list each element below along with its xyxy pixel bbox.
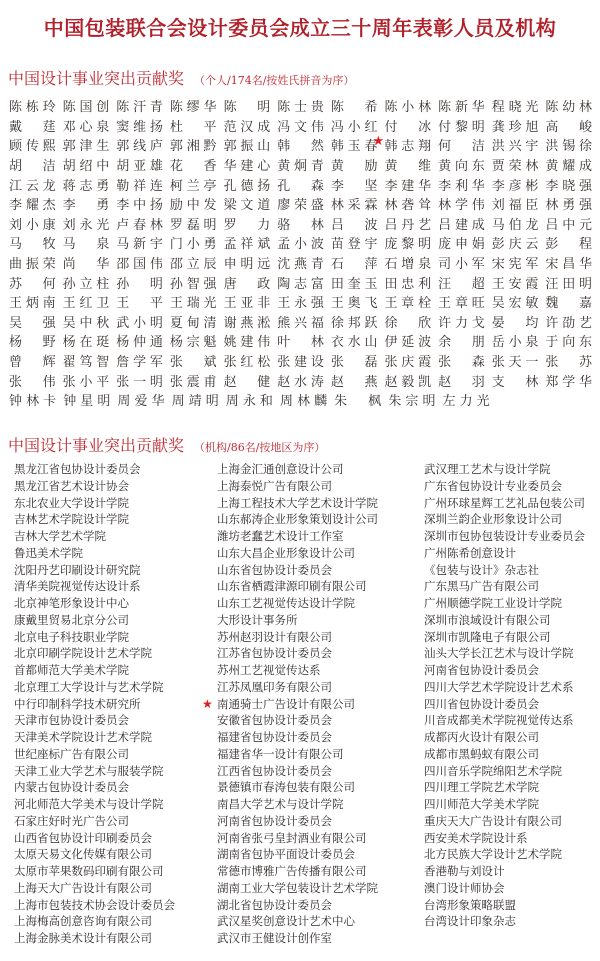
honoree-name: 马泉 — [63, 233, 117, 252]
institution-item: 河北师范大学美术与设计学院 — [14, 796, 175, 813]
honoree-name: 赵羽 — [438, 371, 492, 390]
institution-item: 安徽省包协设计委员会 — [217, 712, 378, 729]
institution-item: 康戴里贸易北京分公司 — [14, 612, 175, 629]
institutions-column-2: 上海金汇通创意设计公司上海泰悦广告有限公司上海工程技术大学艺术设计学院山东郝涛企… — [217, 461, 378, 947]
honoree-name: 衣水山 — [331, 331, 385, 350]
honoree-name: 陈栋玲 — [9, 96, 63, 115]
honoree-name: 张建设 — [277, 351, 331, 370]
honoree-name: 冯小红 — [331, 116, 385, 135]
honoree-name: 赵燕 — [331, 371, 385, 390]
institution-item: 常德市博雅广告传播有限公司 — [217, 863, 378, 880]
institution-item: 江苏凤凰印务有限公司 — [217, 679, 378, 696]
honoree-name: 洪锡徐 — [545, 135, 599, 154]
honoree-name: 张红松 — [224, 351, 278, 370]
institution-item: 武汉星奖创意设计艺术中心 — [217, 913, 378, 930]
honoree-name: 冯文伟 — [277, 116, 331, 135]
name-row: 王炳南王红卫王平王瑞光王亚非王永强王奥飞王章栓王章旺吴宏敏魏嘉 — [9, 292, 599, 312]
institution-item: 广州顺德学院工业设计学院 — [424, 595, 585, 612]
institution-item: 广东黑马广告有限公司 — [424, 578, 585, 595]
honoree-name: 吕波 — [331, 214, 385, 233]
institution-item: 鲁迅美术学院 — [14, 545, 175, 562]
name-row: 胡洁胡绍中胡亚雄花香华建心黄炯青黄励黄维黄向东贾荣林黄耀成 — [9, 155, 599, 175]
honoree-name: 王章栓 — [384, 292, 438, 311]
institution-item: 重庆天大广告设计有限公司 — [424, 813, 585, 830]
honoree-name: 李利华 — [438, 175, 492, 194]
honoree-name: 励中发 — [170, 194, 224, 213]
honoree-name: 程晓光 — [492, 96, 546, 115]
honoree-name: 刘永光 — [63, 214, 117, 233]
institution-item: 苏州工艺视觉传达系 — [217, 662, 378, 679]
honoree-name: 于向东 — [545, 331, 599, 350]
institution-item: 山东省包协设计委员会 — [217, 562, 378, 579]
honoree-name: 黄向东 — [438, 155, 492, 174]
honoree-name: 邵立辰 — [170, 253, 224, 272]
honoree-name: 徐欣 — [384, 312, 438, 331]
honoree-name: 黄励 — [331, 155, 385, 174]
honoree-name: 吕丹艺 — [384, 214, 438, 233]
institution-item: 深圳市包协包装设计专业委员会 — [424, 528, 585, 545]
honoree-name: 余朋 — [438, 331, 492, 350]
honoree-name: 付冰 — [384, 116, 438, 135]
honoree-name: 彭程 — [545, 233, 599, 252]
institutions-column-3: 武汉理工艺术与设计学院广东省包协设计专业委员会广州环球星辉工艺礼品包装公司深圳兰… — [424, 461, 585, 930]
institution-item: 山东郝涛企业形象策划设计公司 — [217, 511, 378, 528]
honoree-name: 苗登宇 — [331, 233, 385, 252]
institution-item: 石家庄好时光广告公司 — [14, 813, 175, 830]
honoree-name: 许力戈 — [438, 312, 492, 331]
honoree-name: 陈缪华 — [170, 96, 224, 115]
honoree-name: 王炳南 — [9, 292, 63, 311]
institution-item: 湖北省包协设计委员会 — [217, 897, 378, 914]
honoree-name: 杨宗魁 — [170, 331, 224, 350]
honoree-name: 马伯龙 — [492, 214, 546, 233]
honoree-name: 夏甸清 — [170, 312, 224, 331]
honoree-name: 韩然 — [277, 135, 331, 154]
institution-item: 北方民族大学设计艺术学院 — [424, 846, 585, 863]
honoree-name: 花香 — [170, 155, 224, 174]
individuals-heading-text: 中国设计事业突出贡献奖 — [8, 69, 184, 88]
institution-item: 澳门设计师协会 — [424, 880, 585, 897]
honoree-name: 詹学军 — [116, 351, 170, 370]
institution-item: 成都市黑蚂蚁有限公司 — [424, 746, 585, 763]
honoree-name: 庞黎明 — [384, 233, 438, 252]
honoree-name: 陈明 — [224, 96, 278, 115]
honoree-name: 黄维 — [384, 155, 438, 174]
institution-item: 苏州赵羽设计有限公司 — [217, 629, 378, 646]
honoree-name: 王红卫 — [63, 292, 117, 311]
honoree-name: 曾辉 — [9, 351, 63, 370]
honoree-name: 曲振荣 — [9, 253, 63, 272]
institution-item: 武汉理工艺术与设计学院 — [424, 461, 585, 478]
honoree-name: 张森 — [438, 351, 492, 370]
honoree-name: 孙智强 — [170, 273, 224, 292]
honoree-name: 蒋志勇 — [63, 175, 117, 194]
institution-item: 大形设计事务所 — [217, 612, 378, 629]
honoree-name: 陈士贵 — [277, 96, 331, 115]
individuals-name-grid: 陈栋玲陈国创陈汗青陈缪华陈明陈士贵陈希陈小林陈新华程晓光陈幼林戴莛邓心泉窦维扬杜… — [9, 96, 599, 410]
honoree-name: 何洁 — [438, 135, 492, 154]
institution-item: 上海金汇通创意设计公司 — [217, 461, 378, 478]
honoree-name: ★韩志翔 — [384, 135, 438, 154]
honoree-name: 左力光 — [443, 390, 497, 409]
honoree-name: 胡绍中 — [63, 155, 117, 174]
individuals-subheading: （个人/174名/按姓氏拼音为序） — [194, 74, 354, 87]
institution-item: 山东省栖霞津源印刷有限公司 — [217, 578, 378, 595]
honoree-name: 支林 — [492, 371, 546, 390]
name-row: 钟林卡钟星明周爱华周靖明周永和周林麟朱枫朱宗明左力光 — [9, 390, 599, 410]
honoree-name: 林砻耸 — [384, 194, 438, 213]
institution-item: 广东省包协设计专业委员会 — [424, 478, 585, 495]
star-icon: ★ — [372, 134, 384, 149]
institutions-subheading: （机构/86名/按地区为序） — [194, 441, 325, 454]
institution-item: 世纪座标广告有限公司 — [14, 746, 175, 763]
institution-item: 东北农业大学设计学院 — [14, 495, 175, 512]
honoree-name: 田奎玉 — [331, 273, 385, 292]
institution-item: 北京电子科技职业学院 — [14, 629, 175, 646]
honoree-name: 张苏 — [545, 351, 599, 370]
honoree-name: 石增泉 — [384, 253, 438, 272]
institution-item: 成都丙火设计有限公司 — [424, 729, 585, 746]
honoree-name: 郭振山 — [224, 135, 278, 154]
honoree-name: 孙立柱 — [63, 273, 117, 292]
honoree-name: 叶林 — [277, 331, 331, 350]
honoree-name: 苏何 — [9, 273, 63, 292]
honoree-name: 廖荣盛 — [277, 194, 331, 213]
institution-item: 山东工艺视觉传达设计学院 — [217, 595, 378, 612]
name-row: 马牧马泉马新宇门小勇孟祥斌孟小波苗登宇庞黎明庞申娟彭庆云彭程 — [9, 233, 599, 253]
institution-item: 深圳市浪域设计有限公司 — [424, 612, 585, 629]
institution-item: 四川音乐学院绵阳艺术学院 — [424, 763, 585, 780]
honoree-name: 岳小泉 — [492, 331, 546, 350]
honoree-name: 钟林卡 — [9, 390, 63, 409]
honoree-name: 马牧 — [9, 233, 63, 252]
honoree-name: 龚珍旭 — [492, 116, 546, 135]
institution-item: 上海泰悦广告有限公司 — [217, 478, 378, 495]
honoree-name: 田忠利 — [384, 273, 438, 292]
honoree-name: 李彦彬 — [492, 175, 546, 194]
honoree-name: 武小明 — [116, 312, 170, 331]
honoree-name: 张小平 — [63, 371, 117, 390]
honoree-name: 伊延波 — [384, 331, 438, 350]
honoree-name: 李晓强 — [545, 175, 599, 194]
institution-item: 上海工程技术大学艺术设计学院 — [217, 495, 378, 512]
honoree-name: 吴宏敏 — [492, 292, 546, 311]
honoree-name: 李耀杰 — [9, 194, 63, 213]
institution-item: 台湾形象策略联盟 — [424, 897, 585, 914]
honoree-name: 唐政 — [224, 273, 278, 292]
honoree-name: 姚建伟 — [224, 331, 278, 350]
honoree-name: 宋昌华 — [545, 253, 599, 272]
honoree-name: 熊兴福 — [277, 312, 331, 331]
institution-item: 汕头大学长江艺术与设计学院 — [424, 645, 585, 662]
institution-item: 河南省包协设计委员会 — [217, 813, 378, 830]
honoree-name: 卢春林 — [116, 214, 170, 233]
honoree-name: 张伟 — [9, 371, 63, 390]
institution-item: 香港勒与刘设计 — [424, 863, 585, 880]
honoree-name: 张斌 — [170, 351, 224, 370]
honoree-name: 杨仲通 — [116, 331, 170, 350]
honoree-name: 刘福臣 — [492, 194, 546, 213]
honoree-name: 王永强 — [277, 292, 331, 311]
honoree-name: 付黎明 — [438, 116, 492, 135]
honoree-name: 吕建成 — [438, 214, 492, 233]
honoree-name: 孟小波 — [277, 233, 331, 252]
institution-item: 广州环球星辉工艺礼品包装公司 — [424, 495, 585, 512]
honoree-name: 王章旺 — [438, 292, 492, 311]
name-row: 顾传熙郭津生郭线庐郭湘黔郭振山韩然韩玉春★韩志翔何洁洪兴宇洪锡徐 — [9, 135, 599, 155]
institution-item: 台湾设计印象杂志 — [424, 913, 585, 930]
honoree-name: 沈燕青 — [277, 253, 331, 272]
honoree-name: 郭线庐 — [116, 135, 170, 154]
name-row: 吴强吴中秋武小明夏甸清谢燕淞熊兴福徐邦跃徐欣许力戈晏均许劭艺 — [9, 312, 599, 332]
institution-item: 湖南工业大学包装设计艺术学院 — [217, 880, 378, 897]
institution-item: 四川省包协设计委员会 — [424, 696, 585, 713]
institution-item: 西安美术学院设计系 — [424, 830, 585, 847]
institution-item: ★南通骑士广告设计有限公司 — [217, 696, 378, 713]
honoree-name: 罗力 — [224, 214, 278, 233]
honoree-name: 郑学华 — [545, 371, 599, 390]
institution-item: 上海天大广告设计有限公司 — [14, 880, 175, 897]
institution-item: 天津市包协设计委员会 — [14, 712, 175, 729]
page-title: 中国包装联合会设计委员会成立三十周年表彰人员及机构 — [0, 12, 600, 41]
honoree-name: 庞申娟 — [438, 233, 492, 252]
honoree-name: 周永和 — [226, 390, 280, 409]
name-row: 江云龙蒋志勇勒祥连柯兰亭孔德扬孔森李坚李建华李利华李彦彬李晓强 — [9, 174, 599, 194]
institution-item: 天津工业大学艺术与服装学院 — [14, 763, 175, 780]
institution-item: 黑龙江省包协设计委员会 — [14, 461, 175, 478]
honoree-name: 张震甫 — [170, 371, 224, 390]
institution-item: 南昌大学艺术与设计学院 — [217, 796, 378, 813]
honoree-name: 孟祥斌 — [224, 233, 278, 252]
honoree-name: 李中扬 — [116, 194, 170, 213]
honoree-name: 申明远 — [224, 253, 278, 272]
honoree-name: 王亚非 — [224, 292, 278, 311]
honoree-name: 陈汗青 — [116, 96, 170, 115]
institution-item: 北京神笔形象设计中心 — [14, 595, 175, 612]
honoree-name: 石萍 — [331, 253, 385, 272]
honoree-name: 陈幼林 — [545, 96, 599, 115]
institutions-column-1: 黑龙江省包协设计委员会黑龙江省艺术设计协会东北农业大学设计学院吉林艺术学院设计学… — [14, 461, 175, 947]
institution-item: 武汉市王健设计创作室 — [217, 930, 378, 947]
institution-item: 福建省包协设计委员会 — [217, 729, 378, 746]
name-row: 曲振荣尚华邵国伟邵立辰申明远沈燕青石萍石增泉司小军宋宪军宋昌华 — [9, 253, 599, 273]
institution-item: 四川师范大学美术学院 — [424, 796, 585, 813]
honoree-name: 贾荣林 — [492, 155, 546, 174]
institution-item: 河南省包协设计委员会 — [424, 662, 585, 679]
honoree-name: 朱宗明 — [388, 390, 442, 409]
honoree-name: 林采霖 — [331, 194, 385, 213]
honoree-name: 高峻 — [545, 116, 599, 135]
honoree-name: 胡亚雄 — [116, 155, 170, 174]
honoree-name: 张天一 — [492, 351, 546, 370]
honoree-name: 魏嘉 — [545, 292, 599, 311]
honoree-name: 罗磊明 — [170, 214, 224, 233]
institution-item: 太原天易文化传媒有限公司 — [14, 846, 175, 863]
honoree-name: 许劭艺 — [545, 312, 599, 331]
honoree-name: 陈国创 — [63, 96, 117, 115]
name-row: 杨野杨在珽杨仲通杨宗魁姚建伟叶林衣水山伊延波余朋岳小泉于向东 — [9, 331, 599, 351]
name-row: 张伟张小平张一明张震甫赵健赵水涛赵燕赵毅凯赵羽支林郑学华 — [9, 370, 599, 390]
honoree-name: 洪兴宇 — [492, 135, 546, 154]
honoree-name: 范汉成 — [224, 116, 278, 135]
honoree-name: 李建华 — [384, 175, 438, 194]
institution-item: 江西省包协设计委员会 — [217, 763, 378, 780]
honoree-name: 张庆霞 — [384, 351, 438, 370]
honoree-name: 郭津生 — [63, 135, 117, 154]
institution-item: 景德镇市春涛包装有限公司 — [217, 779, 378, 796]
honoree-name: 孙明 — [116, 273, 170, 292]
honoree-name: 胡洁 — [9, 155, 63, 174]
honoree-name: 汪超 — [438, 273, 492, 292]
honoree-name: 顾传熙 — [9, 135, 63, 154]
institution-item: 潍坊老蠢艺术设计工作室 — [217, 528, 378, 545]
institution-item: 深圳市凯隆电子有限公司 — [424, 629, 585, 646]
honoree-name: 吕中元 — [545, 214, 599, 233]
honoree-name: 窦维扬 — [116, 116, 170, 135]
institution-item: 山东大昌企业形象设计公司 — [217, 545, 378, 562]
honoree-name: 张一明 — [116, 371, 170, 390]
star-icon: ★ — [202, 696, 213, 713]
institution-item: 吉林艺术学院设计学院 — [14, 511, 175, 528]
institution-item: 上海金脉美术设计有限公司 — [14, 930, 175, 947]
honoree-name: 柯兰亭 — [170, 175, 224, 194]
institution-item: 《包装与设计》杂志社 — [424, 562, 585, 579]
honoree-name: 翟笃智 — [63, 351, 117, 370]
institution-item: 首都师范大学美术学院 — [14, 662, 175, 679]
honoree-name: 梁文道 — [224, 194, 278, 213]
honoree-name: 郭湘黔 — [170, 135, 224, 154]
honoree-name: 邓心泉 — [63, 116, 117, 135]
institution-item: 四川大学艺术学院设计艺术系 — [424, 679, 585, 696]
institution-item: 福建省华一设计有限公司 — [217, 746, 378, 763]
honoree-name: 林学伟 — [438, 194, 492, 213]
institution-item: 川音成都美术学院视觉传达系 — [424, 712, 585, 729]
institution-item: 天津美术学院设计艺术学院 — [14, 729, 175, 746]
honoree-name: 马新宇 — [116, 233, 170, 252]
institution-item: 上海市包装技术协会设计委员会 — [14, 897, 175, 914]
institution-item: 吉林大学艺术学院 — [14, 528, 175, 545]
honoree-name: 张磊 — [331, 351, 385, 370]
honoree-name: 钟星明 — [63, 390, 117, 409]
institution-item: 广州陈希创意设计 — [424, 545, 585, 562]
institution-item: 深圳兰韵企业形象设计公司 — [424, 511, 585, 528]
honoree-name: 华建心 — [224, 155, 278, 174]
institution-item: 太原市苹果数码印刷有限公司 — [14, 863, 175, 880]
honoree-name: 陈新华 — [438, 96, 492, 115]
honoree-name: 戴莛 — [9, 116, 63, 135]
honoree-name: 黄耀成 — [545, 155, 599, 174]
honoree-name: 赵水涛 — [277, 371, 331, 390]
honoree-name: 王安霞 — [492, 273, 546, 292]
honoree-name: 彭庆云 — [492, 233, 546, 252]
honoree-name: 晏均 — [492, 312, 546, 331]
honoree-name: 吴强 — [9, 312, 63, 331]
institutions-heading-text: 中国设计事业突出贡献奖 — [8, 436, 184, 455]
honoree-name: 陶志富 — [277, 273, 331, 292]
honoree-name: 陈小林 — [384, 96, 438, 115]
honoree-name: 周靖明 — [172, 390, 226, 409]
institution-item: 湖南省包协平面设计委员会 — [217, 846, 378, 863]
honoree-name: 杨野 — [9, 331, 63, 350]
honoree-name: 江云龙 — [9, 175, 63, 194]
institution-item: 北京印刷学院设计艺术学院 — [14, 645, 175, 662]
honoree-name: 李勇 — [63, 194, 117, 213]
institution-item: 清华美院视觉传达设计系 — [14, 578, 175, 595]
name-row: 曾辉翟笃智詹学军张斌张红松张建设张磊张庆霞张森张天一张苏 — [9, 351, 599, 371]
honoree-name: 邵国伟 — [116, 253, 170, 272]
institution-item: 四川理工学院艺术学院 — [424, 779, 585, 796]
institutions-heading: 中国设计事业突出贡献奖（机构/86名/按地区为序） — [8, 433, 325, 456]
institution-item: 北京理工大学设计与艺术学院 — [14, 679, 175, 696]
honoree-name: 汪田明 — [545, 273, 599, 292]
honoree-name: 门小勇 — [170, 233, 224, 252]
individuals-heading: 中国设计事业突出贡献奖（个人/174名/按姓氏拼音为序） — [8, 66, 354, 89]
honoree-name: 骆林 — [277, 214, 331, 233]
honoree-name: 王瑞光 — [170, 292, 224, 311]
honoree-name: 刘小康 — [9, 214, 63, 233]
honoree-name: 陈希 — [331, 96, 385, 115]
institution-item: 河南省张弓皇封酒业有限公司 — [217, 830, 378, 847]
honoree-name: 杨在珽 — [63, 331, 117, 350]
honoree-name: 尚华 — [63, 253, 117, 272]
institution-item: 沈阳丹艺印刷设计研究院 — [14, 562, 175, 579]
honoree-name: 宋宪军 — [492, 253, 546, 272]
honoree-name: 徐邦跃 — [331, 312, 385, 331]
honoree-name: 周林麟 — [280, 390, 334, 409]
name-row: 戴莛邓心泉窦维扬杜平范汉成冯文伟冯小红付冰付黎明龚珍旭高峻 — [9, 116, 599, 136]
institution-item: 中行印制科学技术研究所 — [14, 696, 175, 713]
institution-item: 上海梅高创意咨询有限公司 — [14, 913, 175, 930]
honoree-name: 赵健 — [224, 371, 278, 390]
honoree-name: 李坚 — [331, 175, 385, 194]
honoree-name: 林勇强 — [545, 194, 599, 213]
name-row: 刘小康刘永光卢春林罗磊明罗力骆林吕波吕丹艺吕建成马伯龙吕中元 — [9, 214, 599, 234]
name-row: 陈栋玲陈国创陈汗青陈缪华陈明陈士贵陈希陈小林陈新华程晓光陈幼林 — [9, 96, 599, 116]
institution-item: 内蒙古包协设计委员会 — [14, 779, 175, 796]
honoree-name: 司小军 — [438, 253, 492, 272]
honoree-name: 谢燕淞 — [224, 312, 278, 331]
honoree-name: 孔德扬 — [224, 175, 278, 194]
institution-item: 黑龙江省艺术设计协会 — [14, 478, 175, 495]
honoree-name: 吴中秋 — [63, 312, 117, 331]
honoree-name: 杜平 — [170, 116, 224, 135]
name-row: 李耀杰李勇李中扬励中发梁文道廖荣盛林采霖林砻耸林学伟刘福臣林勇强 — [9, 194, 599, 214]
honoree-name: 赵毅凯 — [384, 371, 438, 390]
institution-item: 江苏省包协设计委员会 — [217, 645, 378, 662]
honoree-name: 黄炯青 — [277, 155, 331, 174]
honoree-name: 孔森 — [277, 175, 331, 194]
honoree-name: 王平 — [116, 292, 170, 311]
honoree-name: 朱枫 — [334, 390, 388, 409]
honoree-name: 周爱华 — [117, 390, 171, 409]
name-row: 苏何孙立柱孙明孙智强唐政陶志富田奎玉田忠利汪超王安霞汪田明 — [9, 272, 599, 292]
honoree-name: 勒祥连 — [116, 175, 170, 194]
honoree-name: 王奥飞 — [331, 292, 385, 311]
institution-item: 山西省包协设计印刷委员会 — [14, 830, 175, 847]
